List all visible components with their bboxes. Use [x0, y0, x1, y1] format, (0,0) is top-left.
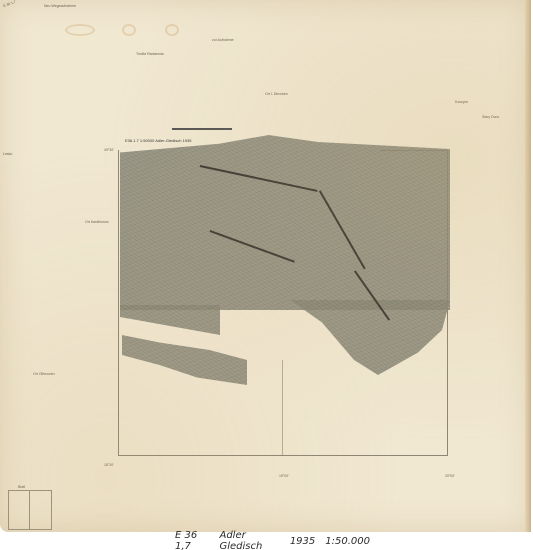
stain: [165, 24, 179, 36]
map-title: E36.1.7 1:50000 Adler-Gledisch 1935: [125, 138, 192, 143]
margin-note: Ort Olibrowen: [33, 372, 55, 376]
sheet-name: Adler Gledisch: [219, 530, 279, 550]
corner-coordinate: 19°00': [279, 474, 289, 478]
map-terrain: [120, 135, 450, 310]
sheet-scale: 1:50.000: [325, 536, 370, 547]
margin-note: Lesko: [3, 152, 12, 156]
margin-note: zur Aufnahme: [212, 38, 234, 42]
header-note: Neu Wegeaufnahme: [44, 4, 76, 8]
meridian: [282, 360, 283, 455]
peninsula-terrain: [122, 335, 247, 385]
catalog-label: E 36 1,7 Adler Gledisch 1935 1:50.000: [175, 534, 370, 548]
sheet-year: 1935: [290, 536, 315, 547]
sheet-id: E 36 1,7: [175, 530, 209, 550]
scale-bar: [172, 128, 232, 130]
margin-note: Ort 1 Dbrowen: [265, 92, 288, 96]
corner-coordinate: 20°00': [445, 474, 455, 478]
stain: [122, 24, 136, 36]
corner-coordinate: 49°30': [104, 148, 114, 152]
corner-note: E 36 1,7: [3, 0, 17, 8]
map-sheet: E 36 1,7 Neu Wegeaufnahme Tirolitz Radwe…: [0, 0, 531, 532]
frame-bottom: [118, 455, 448, 456]
inset-label: Blatt: [18, 485, 25, 489]
index-inset: [8, 490, 52, 530]
margin-note: Koszyce: [455, 100, 468, 104]
map-terrain: [120, 305, 220, 335]
stain: [65, 24, 95, 36]
margin-note: Stary Dwor: [482, 115, 499, 119]
sheet-edge: [525, 0, 531, 532]
margin-note: Tirolitz Radwendo: [136, 52, 164, 56]
map-terrain: [290, 300, 450, 375]
corner-coordinate: 18°30': [104, 463, 114, 467]
frame-left: [118, 150, 119, 455]
margin-note: Ort Kardblorow: [85, 220, 109, 224]
